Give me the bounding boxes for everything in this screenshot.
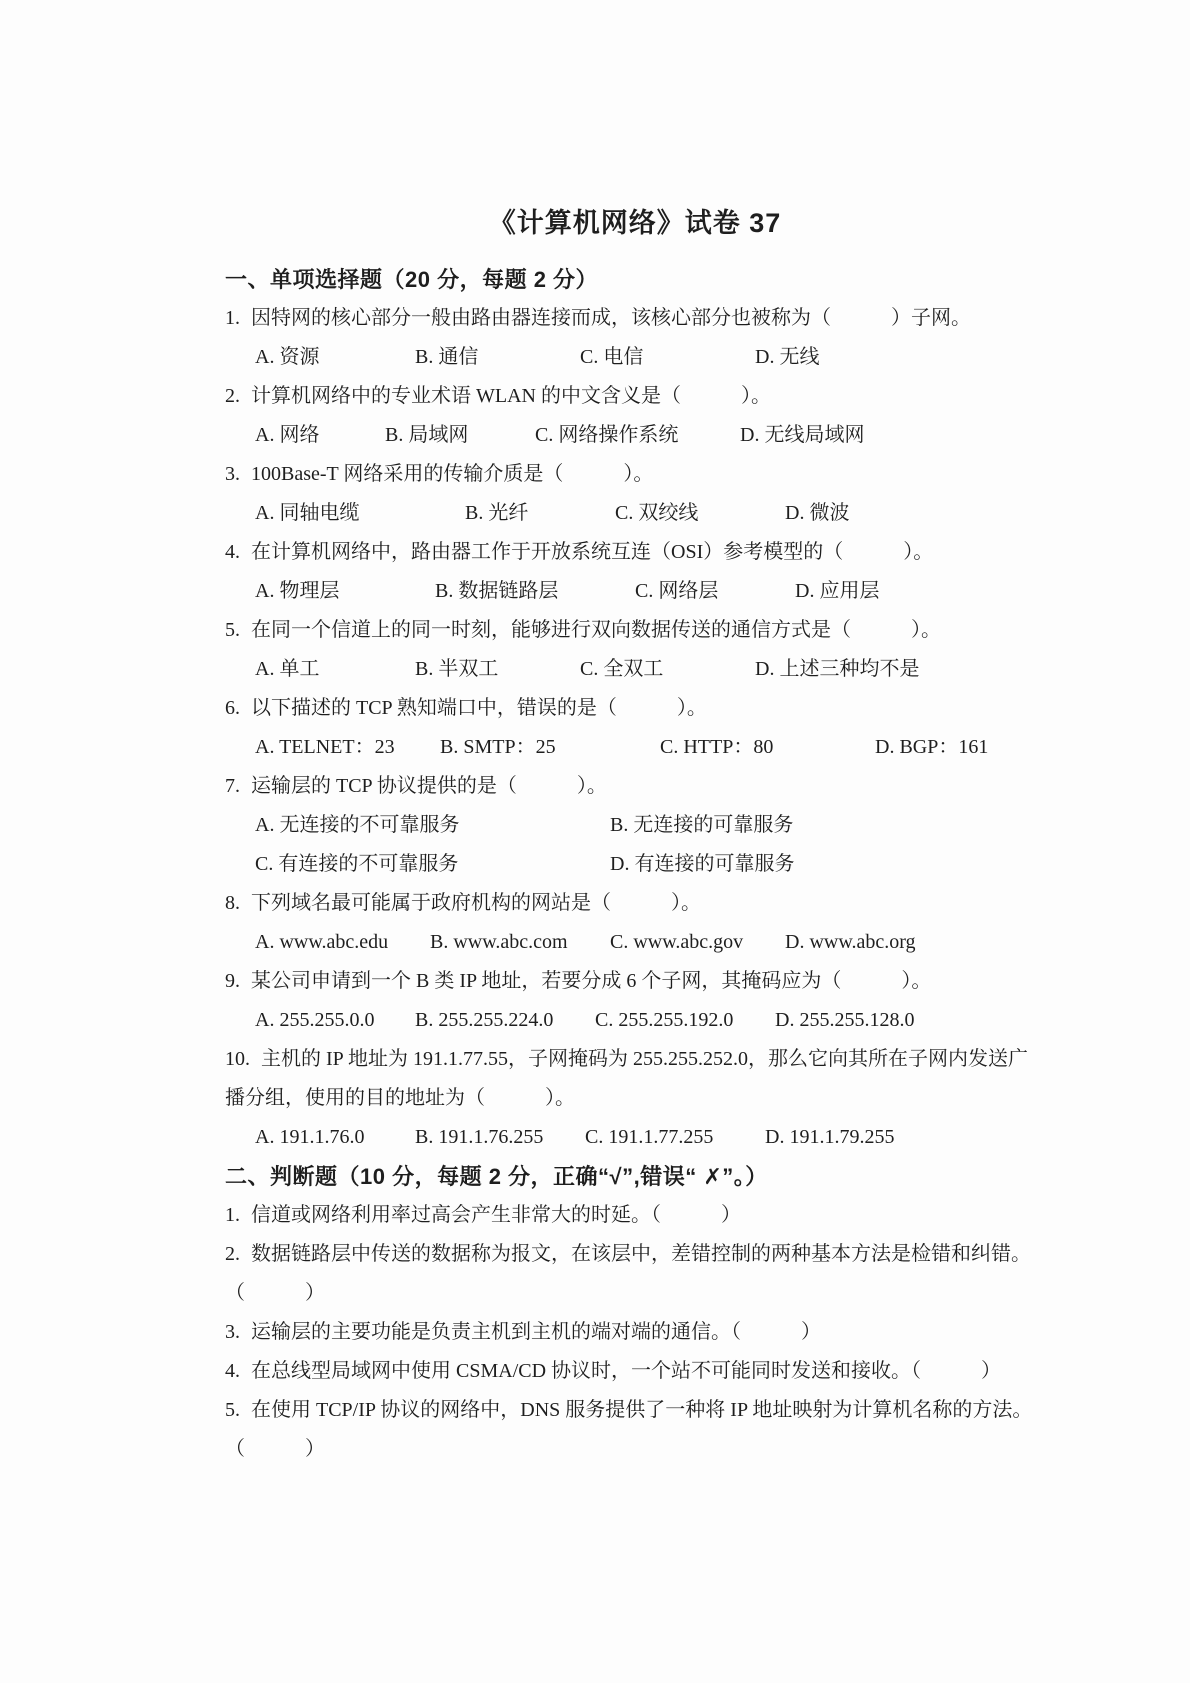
judgment-item-2: 2.数据链路层中传送的数据称为报文，在该层中，差错控制的两种基本方法是检错和纠错…	[225, 1235, 1045, 1313]
option-c: C. www.abc.gov	[610, 923, 785, 962]
question-number: 2.	[225, 377, 251, 416]
option-b: B. www.abc.com	[430, 923, 610, 962]
option-c: C. 网络操作系统	[535, 416, 740, 455]
item-text: 数据链路层中传送的数据称为报文，在该层中，差错控制的两种基本方法是检错和纠错。	[251, 1243, 1031, 1265]
question-body: 因特网的核心部分一般由路由器连接而成，该核心部分也被称为（ ）子网。	[251, 307, 971, 329]
option-d: D. 191.1.79.255	[765, 1118, 1045, 1157]
item-text-line1: 5.在使用 TCP/IP 协议的网络中，DNS 服务提供了一种将 IP 地址映射…	[225, 1391, 1045, 1430]
item-number: 5.	[225, 1391, 251, 1430]
item-text: 运输层的主要功能是负责主机到主机的端对端的通信。（ ）	[251, 1321, 821, 1343]
question-number: 10.	[225, 1040, 261, 1079]
option-d: D. 255.255.128.0	[775, 1001, 1045, 1040]
option-b: B. SMTP：25	[440, 728, 660, 767]
section2-heading: 二、判断题（10 分，每题 2 分，正确“√”,错误“ ✗”。）	[225, 1157, 1045, 1196]
question-8: 8.下列域名最可能属于政府机构的网站是（ ）。 A. www.abc.edu B…	[225, 884, 1045, 962]
option-row: C. 有连接的不可靠服务 D. 有连接的可靠服务	[255, 845, 1045, 884]
option-b: B. 通信	[415, 338, 580, 377]
judgment-item-3: 3.运输层的主要功能是负责主机到主机的端对端的通信。（ ）	[225, 1313, 1045, 1352]
option-b: B. 255.255.224.0	[415, 1001, 595, 1040]
question-number: 7.	[225, 767, 251, 806]
question-body: 运输层的 TCP 协议提供的是（ ）。	[251, 775, 607, 797]
judgment-item-4: 4.在总线型局域网中使用 CSMA/CD 协议时，一个站不可能同时发送和接收。（…	[225, 1352, 1045, 1391]
question-2: 2.计算机网络中的专业术语 WLAN 的中文含义是（ ）。 A. 网络 B. 局…	[225, 377, 1045, 455]
option-d: D. 有连接的可靠服务	[610, 845, 1045, 884]
question-body: 100Base-T 网络采用的传输介质是（ ）。	[251, 463, 653, 485]
question-text: 8.下列域名最可能属于政府机构的网站是（ ）。	[225, 884, 1045, 923]
option-row: A. 单工 B. 半双工 C. 全双工 D. 上述三种均不是	[255, 650, 1045, 689]
question-text: 9.某公司申请到一个 B 类 IP 地址，若要分成 6 个子网，其掩码应为（ ）…	[225, 962, 1045, 1001]
exam-title: 《计算机网络》试卷 37	[225, 200, 1045, 246]
option-row: A. TELNET：23 B. SMTP：25 C. HTTP：80 D. BG…	[255, 728, 1045, 767]
item-number: 1.	[225, 1196, 251, 1235]
option-row: A. www.abc.edu B. www.abc.com C. www.abc…	[255, 923, 1045, 962]
question-body: 在同一个信道上的同一时刻，能够进行双向数据传送的通信方式是（ ）。	[251, 619, 941, 641]
option-b: B. 191.1.76.255	[415, 1118, 585, 1157]
option-b: B. 光纤	[465, 494, 615, 533]
question-text: 1.因特网的核心部分一般由路由器连接而成，该核心部分也被称为（ ）子网。	[225, 299, 1045, 338]
option-c: C. HTTP：80	[660, 728, 875, 767]
option-row: A. 网络 B. 局域网 C. 网络操作系统 D. 无线局域网	[255, 416, 1045, 455]
question-1: 1.因特网的核心部分一般由路由器连接而成，该核心部分也被称为（ ）子网。 A. …	[225, 299, 1045, 377]
exam-paper-page: 《计算机网络》试卷 37 一、单项选择题（20 分，每题 2 分） 1.因特网的…	[0, 0, 1190, 1683]
question-number: 3.	[225, 455, 251, 494]
question-number: 4.	[225, 533, 251, 572]
option-a: A. 网络	[255, 416, 385, 455]
question-number: 1.	[225, 299, 251, 338]
question-7: 7.运输层的 TCP 协议提供的是（ ）。 A. 无连接的不可靠服务 B. 无连…	[225, 767, 1045, 884]
question-body-line1: 主机的 IP 地址为 191.1.77.55，子网掩码为 255.255.252…	[261, 1048, 1028, 1070]
option-row: A. 同轴电缆 B. 光纤 C. 双绞线 D. 微波	[255, 494, 1045, 533]
question-number: 9.	[225, 962, 251, 1001]
question-text: 6.以下描述的 TCP 熟知端口中，错误的是（ ）。	[225, 689, 1045, 728]
question-4: 4.在计算机网络中，路由器工作于开放系统互连（OSI）参考模型的（ ）。 A. …	[225, 533, 1045, 611]
option-c: C. 全双工	[580, 650, 755, 689]
item-text: 信道或网络利用率过高会产生非常大的时延。（ ）	[251, 1204, 741, 1226]
option-d: D. 上述三种均不是	[755, 650, 1045, 689]
question-body: 计算机网络中的专业术语 WLAN 的中文含义是（ ）。	[251, 385, 771, 407]
question-body: 下列域名最可能属于政府机构的网站是（ ）。	[251, 892, 701, 914]
option-d: D. 微波	[785, 494, 1045, 533]
option-c: C. 255.255.192.0	[595, 1001, 775, 1040]
option-c: C. 191.1.77.255	[585, 1118, 765, 1157]
option-b: B. 无连接的可靠服务	[610, 806, 1045, 845]
question-text: 4.在计算机网络中，路由器工作于开放系统互连（OSI）参考模型的（ ）。	[225, 533, 1045, 572]
item-text: 在使用 TCP/IP 协议的网络中，DNS 服务提供了一种将 IP 地址映射为计…	[251, 1399, 1032, 1421]
question-number: 6.	[225, 689, 251, 728]
question-number: 8.	[225, 884, 251, 923]
option-row: A. 无连接的不可靠服务 B. 无连接的可靠服务	[255, 806, 1045, 845]
judgment-item-5: 5.在使用 TCP/IP 协议的网络中，DNS 服务提供了一种将 IP 地址映射…	[225, 1391, 1045, 1469]
question-number: 5.	[225, 611, 251, 650]
option-b: B. 半双工	[415, 650, 580, 689]
option-row: A. 191.1.76.0 B. 191.1.76.255 C. 191.1.7…	[255, 1118, 1045, 1157]
question-text: 2.计算机网络中的专业术语 WLAN 的中文含义是（ ）。	[225, 377, 1045, 416]
option-a: A. 物理层	[255, 572, 435, 611]
question-body: 某公司申请到一个 B 类 IP 地址，若要分成 6 个子网，其掩码应为（ ）。	[251, 970, 931, 992]
item-number: 2.	[225, 1235, 251, 1274]
question-5: 5.在同一个信道上的同一时刻，能够进行双向数据传送的通信方式是（ ）。 A. 单…	[225, 611, 1045, 689]
question-3: 3.100Base-T 网络采用的传输介质是（ ）。 A. 同轴电缆 B. 光纤…	[225, 455, 1045, 533]
question-body: 在计算机网络中，路由器工作于开放系统互连（OSI）参考模型的（ ）。	[251, 541, 933, 563]
option-b: B. 数据链路层	[435, 572, 635, 611]
judgment-item-1: 1.信道或网络利用率过高会产生非常大的时延。（ ）	[225, 1196, 1045, 1235]
option-b: B. 局域网	[385, 416, 535, 455]
option-a: A. 单工	[255, 650, 415, 689]
option-d: D. 无线局域网	[740, 416, 1045, 455]
option-d: D. www.abc.org	[785, 923, 1045, 962]
option-row: A. 物理层 B. 数据链路层 C. 网络层 D. 应用层	[255, 572, 1045, 611]
option-a: A. 191.1.76.0	[255, 1118, 415, 1157]
option-d: D. BGP：161	[875, 728, 1045, 767]
question-text: 7.运输层的 TCP 协议提供的是（ ）。	[225, 767, 1045, 806]
item-blank: （ ）	[225, 1430, 1045, 1469]
question-body: 以下描述的 TCP 熟知端口中，错误的是（ ）。	[251, 697, 707, 719]
option-row: A. 资源 B. 通信 C. 电信 D. 无线	[255, 338, 1045, 377]
option-c: C. 有连接的不可靠服务	[255, 845, 610, 884]
question-text-line1: 10.主机的 IP 地址为 191.1.77.55，子网掩码为 255.255.…	[225, 1040, 1045, 1079]
exam-content: 《计算机网络》试卷 37 一、单项选择题（20 分，每题 2 分） 1.因特网的…	[225, 0, 1045, 1469]
question-10: 10.主机的 IP 地址为 191.1.77.55，子网掩码为 255.255.…	[225, 1040, 1045, 1157]
item-text-line1: 2.数据链路层中传送的数据称为报文，在该层中，差错控制的两种基本方法是检错和纠错…	[225, 1235, 1045, 1274]
question-text: 3.100Base-T 网络采用的传输介质是（ ）。	[225, 455, 1045, 494]
option-a: A. 无连接的不可靠服务	[255, 806, 610, 845]
option-c: C. 电信	[580, 338, 755, 377]
option-a: A. www.abc.edu	[255, 923, 430, 962]
option-c: C. 双绞线	[615, 494, 785, 533]
option-a: A. 资源	[255, 338, 415, 377]
option-d: D. 应用层	[795, 572, 1045, 611]
option-a: A. TELNET：23	[255, 728, 440, 767]
option-d: D. 无线	[755, 338, 1045, 377]
option-row: A. 255.255.0.0 B. 255.255.224.0 C. 255.2…	[255, 1001, 1045, 1040]
option-c: C. 网络层	[635, 572, 795, 611]
item-number: 4.	[225, 1352, 251, 1391]
section1-heading: 一、单项选择题（20 分，每题 2 分）	[225, 260, 1045, 299]
option-a: A. 255.255.0.0	[255, 1001, 415, 1040]
option-a: A. 同轴电缆	[255, 494, 465, 533]
question-text: 5.在同一个信道上的同一时刻，能够进行双向数据传送的通信方式是（ ）。	[225, 611, 1045, 650]
question-text-line2: 播分组，使用的目的地址为（ ）。	[225, 1079, 1045, 1118]
item-number: 3.	[225, 1313, 251, 1352]
item-blank: （ ）	[225, 1274, 1045, 1313]
question-9: 9.某公司申请到一个 B 类 IP 地址，若要分成 6 个子网，其掩码应为（ ）…	[225, 962, 1045, 1040]
question-6: 6.以下描述的 TCP 熟知端口中，错误的是（ ）。 A. TELNET：23 …	[225, 689, 1045, 767]
item-text: 在总线型局域网中使用 CSMA/CD 协议时，一个站不可能同时发送和接收。（ ）	[251, 1360, 1001, 1382]
